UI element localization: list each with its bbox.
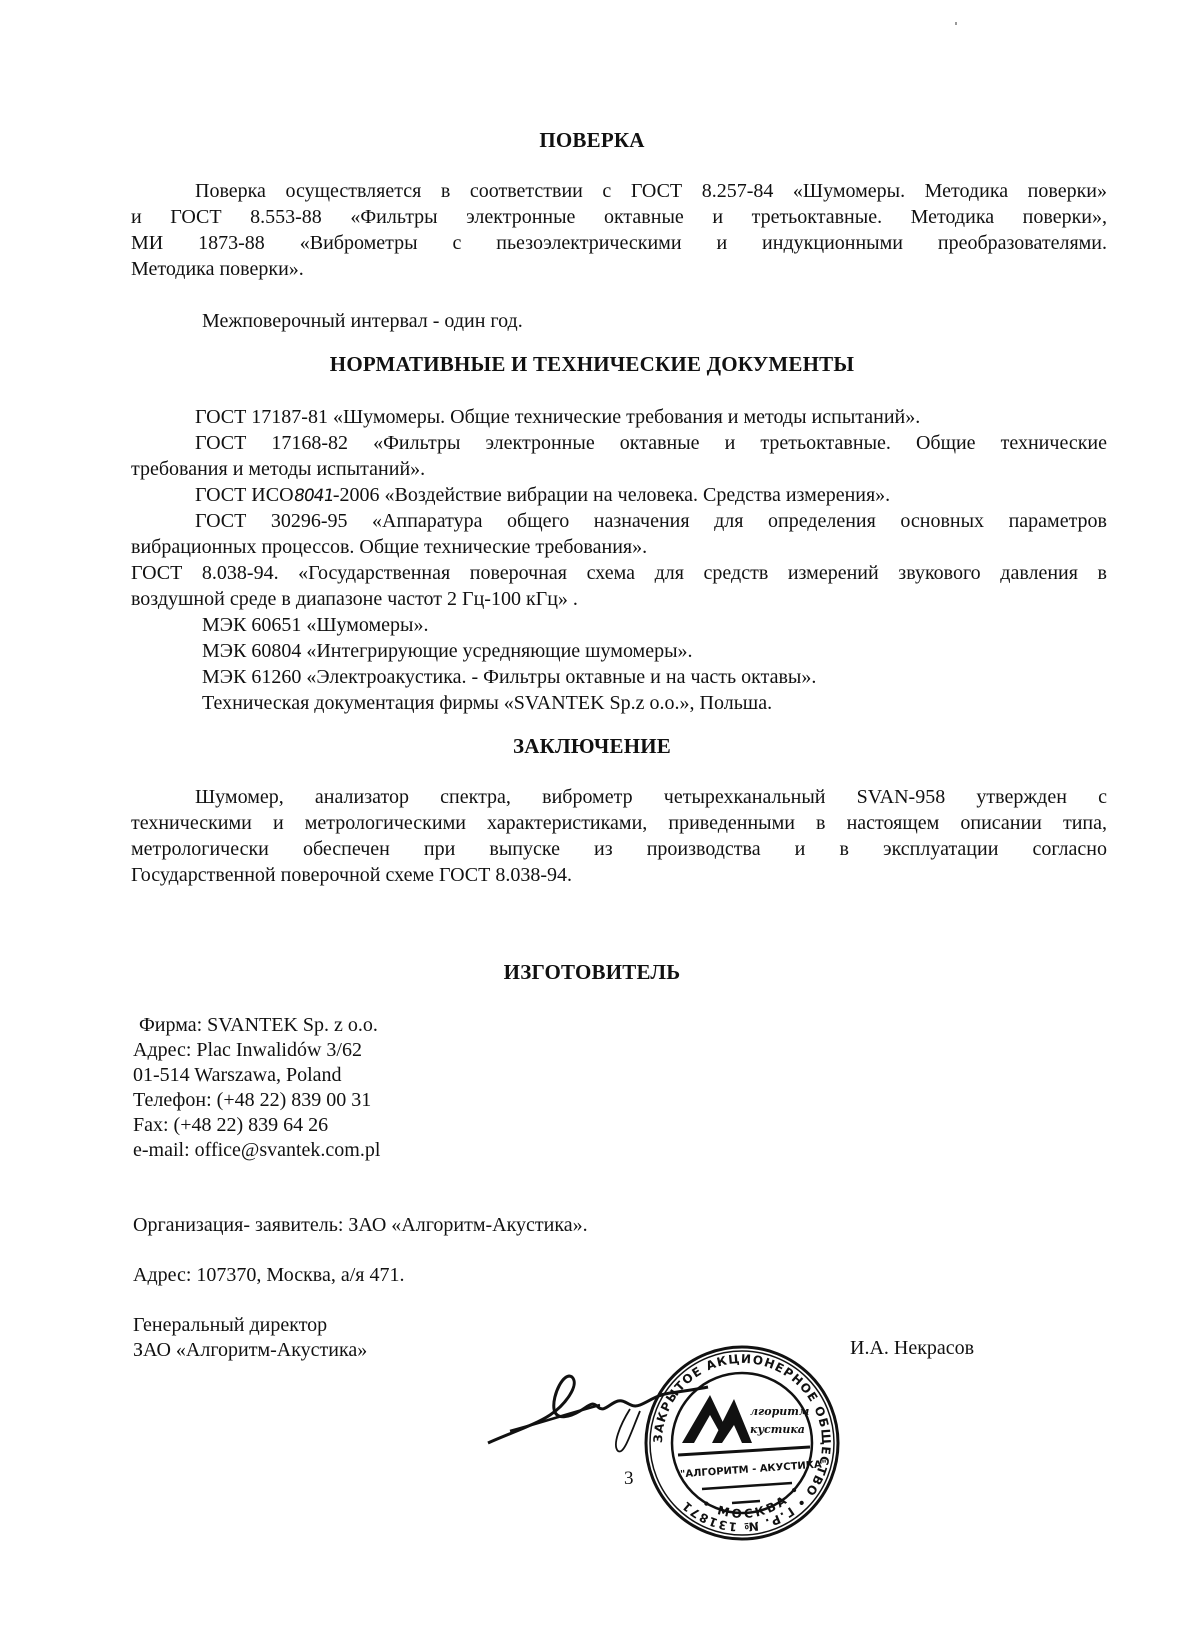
manufacturer-city: 01-514 Warszawa, Poland (133, 1062, 342, 1088)
verification-paragraph-line: Поверка осуществляется в соответствии с … (195, 178, 1107, 204)
verification-heading: ПОВЕРКА (0, 128, 1184, 153)
normative-doc-line: требования и методы испытаний». (131, 456, 425, 482)
verification-interval: Межповерочный интервал - один год. (202, 308, 523, 334)
page-number: 3 (624, 1468, 634, 1490)
conclusion-line: метрологически обеспечен при выпуске из … (131, 836, 1107, 862)
manufacturer-firm: Фирма: SVANTEK Sp. z o.o. (139, 1012, 378, 1038)
company-stamp-icon: ЗАКРЫТОЕ АКЦИОНЕРНОЕ ОБЩЕСТВО • Г.Р. № 1… (642, 1343, 842, 1543)
conclusion-line: техническими и метрологическими характер… (131, 810, 1107, 836)
normative-heading: НОРМАТИВНЫЕ И ТЕХНИЧЕСКИЕ ДОКУМЕНТЫ (0, 352, 1184, 377)
normative-doc-line: МЭК 60804 «Интегрирующие усредняющие шум… (202, 638, 693, 664)
svg-text:ЗАКРЫТОЕ АКЦИОНЕРНОЕ ОБЩЕСТВО: ЗАКРЫТОЕ АКЦИОНЕРНОЕ ОБЩЕСТВО • Г.Р. № 1… (651, 1352, 833, 1535)
svg-text:лгоритм: лгоритм (750, 1405, 809, 1418)
scan-artifact (955, 22, 957, 25)
conclusion-line: Шумомер, анализатор спектра, виброметр ч… (195, 784, 1107, 810)
normative-doc-line: ГОСТ 8.038-94. «Государственная поверочн… (131, 560, 1107, 586)
verification-paragraph-line: МИ 1873-88 «Виброметры с пьезоэлектричес… (131, 230, 1107, 256)
applicant-organization: Организация- заявитель: ЗАО «Алгоритм-Ак… (133, 1212, 588, 1238)
normative-doc-line: ГОСТ 17168-82 «Фильтры электронные октав… (195, 430, 1107, 456)
applicant-address: Адрес: 107370, Москва, а/я 471. (133, 1262, 405, 1288)
manufacturer-address: Адрес: Plac Inwalidów 3/62 (133, 1037, 362, 1063)
conclusion-heading: ЗАКЛЮЧЕНИЕ (0, 734, 1184, 759)
verification-paragraph-line: и ГОСТ 8.553-88 «Фильтры электронные окт… (131, 204, 1107, 230)
svg-text:кустика: кустика (750, 1423, 805, 1436)
manufacturer-fax: Fax: (+48 22) 839 64 26 (133, 1112, 328, 1138)
normative-doc-line: МЭК 60651 «Шумомеры». (202, 612, 428, 638)
normative-doc-line: МЭК 61260 «Электроакустика. - Фильтры ок… (202, 664, 816, 690)
verification-paragraph-line: Методика поверки». (131, 256, 304, 282)
svg-text:"АЛГОРИТМ - АКУСТИКА": "АЛГОРИТМ - АКУСТИКА" (680, 1459, 827, 1480)
normative-doc-line: ГОСТ ИСО8041-2006 «Воздействие вибрации … (195, 482, 890, 509)
manufacturer-email: e-mail: office@svantek.com.pl (133, 1137, 380, 1163)
manufacturer-heading: ИЗГОТОВИТЕЛЬ (0, 960, 1184, 985)
document-page: ПОВЕРКА Поверка осуществляется в соответ… (0, 0, 1184, 1630)
normative-doc-line: ГОСТ 30296-95 «Аппаратура общего назначе… (195, 508, 1107, 534)
normative-doc-line: ГОСТ 17187-81 «Шумомеры. Общие техническ… (195, 404, 920, 430)
director-position: Генеральный директор (133, 1312, 327, 1338)
signatory-name: И.А. Некрасов (850, 1335, 974, 1361)
handwritten-standard-number: 8041 (292, 483, 335, 509)
director-company: ЗАО «Алгоритм-Акустика» (133, 1337, 367, 1363)
manufacturer-phone: Телефон: (+48 22) 839 00 31 (133, 1087, 371, 1113)
normative-doc-line: вибрационных процессов. Общие технически… (131, 534, 647, 560)
gost-iso-prefix: ГОСТ ИСО (195, 484, 294, 506)
normative-doc-line: Техническая документация фирмы «SVANTEK … (202, 690, 772, 716)
gost-iso-title: -2006 «Воздействие вибрации на человека.… (333, 484, 890, 506)
normative-doc-line: воздушной среде в диапазоне частот 2 Гц-… (131, 586, 578, 612)
conclusion-line: Государственной поверочной схеме ГОСТ 8.… (131, 862, 572, 888)
